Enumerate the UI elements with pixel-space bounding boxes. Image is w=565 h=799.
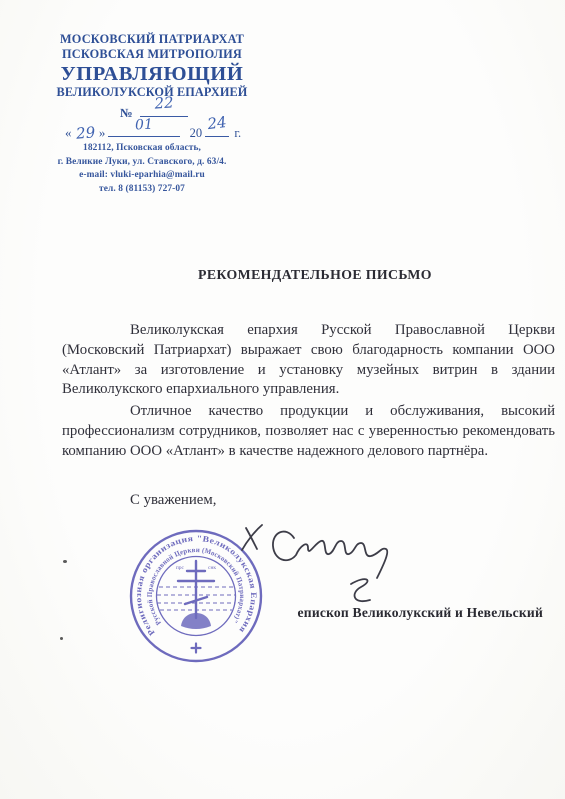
letterhead-administrator: УПРАВЛЯЮЩИЙ — [40, 63, 264, 85]
month-blank-line: 01 — [108, 124, 180, 137]
letterhead-patriarchate: МОСКОВСКИЙ ПАТРИАРХАТ — [40, 32, 264, 47]
handwritten-year: 24 — [207, 113, 228, 133]
ink-speck — [63, 560, 67, 563]
address-email: e-mail: vluki-eparhia@mail.ru — [28, 169, 256, 183]
stamp-mark-right: снк — [208, 565, 216, 571]
stamp-bottom-cross-icon — [192, 644, 201, 653]
letterhead-eparchy: ВЕЛИКОЛУКСКОЙ ЕПАРХИЕЙ — [40, 85, 264, 100]
open-quote: « — [65, 125, 72, 140]
close-quote: » — [99, 125, 106, 140]
handwritten-number: 22 — [153, 93, 173, 112]
address-phone: тел. 8 (81153) 727-07 — [28, 183, 256, 197]
golgotha-mound — [181, 613, 211, 629]
number-label: № — [120, 106, 133, 120]
letter-closing: С уважением, — [130, 492, 216, 509]
address-postal: 182112, Псковская область, — [28, 142, 256, 156]
address-street: г. Великие Луки, ул. Ставского, д. 63/4. — [28, 156, 256, 170]
stamp-mark-left: прс — [176, 565, 185, 571]
year-suffix: г. — [234, 126, 241, 140]
ink-speck — [60, 637, 63, 640]
signature-stroke — [273, 532, 387, 578]
signature-flourish — [351, 579, 370, 601]
year-blank-line: 24 — [205, 124, 229, 137]
handwritten-month: 01 — [135, 117, 154, 134]
scanned-letter-page: МОСКОВСКИЙ ПАТРИАРХАТ ПСКОВСКАЯ МИТРОПОЛ… — [0, 0, 565, 799]
year-prefix: 20 — [190, 126, 203, 140]
number-blank-line: 22 — [140, 104, 188, 117]
letterhead: МОСКОВСКИЙ ПАТРИАРХАТ ПСКОВСКАЯ МИТРОПОЛ… — [40, 32, 264, 142]
handwritten-day: 29 — [75, 123, 96, 143]
letter-paragraph-1: Великолукская епархия Русской Православн… — [62, 321, 555, 400]
letter-title: РЕКОМЕНДАТЕЛЬНОЕ ПИСЬМО — [80, 267, 550, 283]
letterhead-metropolis: ПСКОВСКАЯ МИТРОПОЛИЯ — [40, 47, 264, 62]
address-block: 182112, Псковская область, г. Великие Лу… — [28, 142, 256, 196]
handwritten-signature — [230, 516, 440, 626]
document-date-row: « 29 » 01 20 24 г. — [40, 123, 264, 142]
letter-paragraph-2: Отличное качество продукции и обслуживан… — [62, 402, 555, 461]
